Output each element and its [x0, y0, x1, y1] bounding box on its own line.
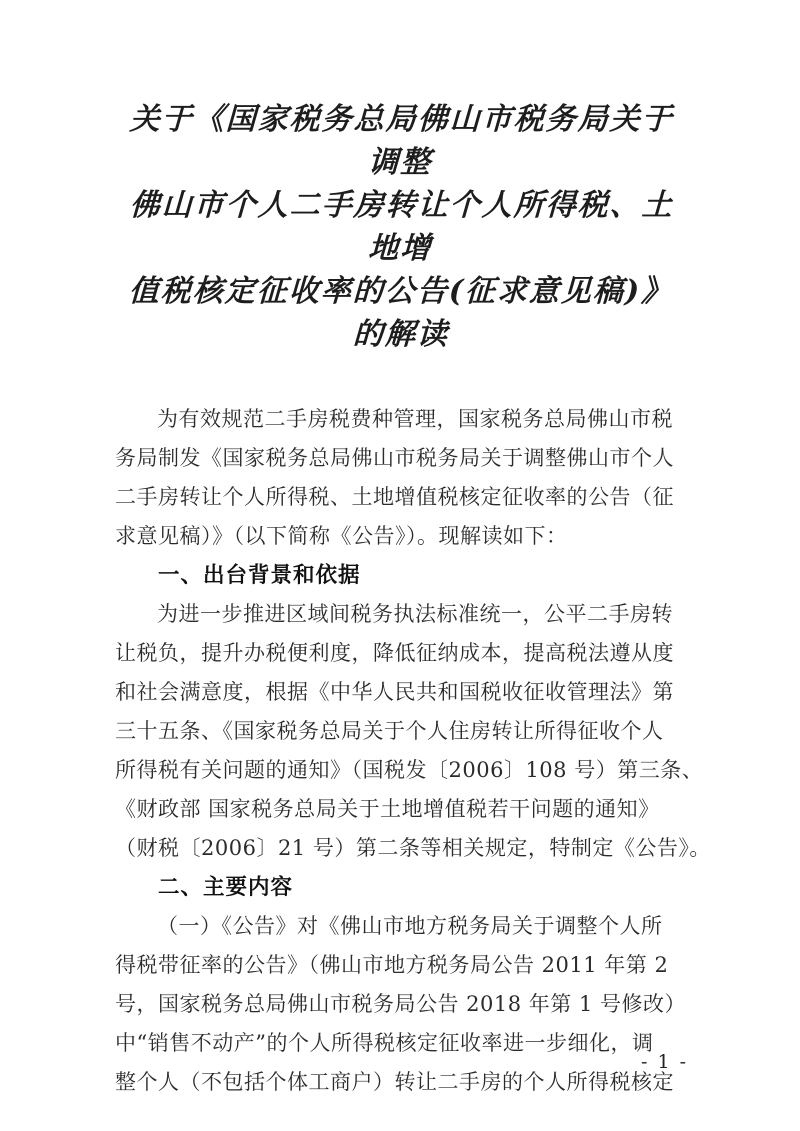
paragraph3-line: （一）《公告》对《佛山市地方税务局关于调整个人所 [115, 907, 687, 946]
document-title-line-2: 佛山市个人二手房转让个人所得税、土地增 [113, 184, 688, 270]
paragraph2-line: 《财政部 国家税务总局关于土地增值税若干问题的通知》 [115, 790, 687, 829]
section-heading-1: 一、出台背景和依据 [115, 556, 687, 595]
paragraph3-line: 得税带征率的公告》（佛山市地方税务局公告 2011 年第 2 [115, 946, 687, 985]
page-number: - 1 - [641, 1051, 688, 1073]
section-heading-2: 二、主要内容 [115, 868, 687, 907]
document-title-line-1: 关于《国家税务总局佛山市税务局关于调整 [113, 98, 688, 184]
document-body: 为有效规范二手房税费种管理，国家税务总局佛山市税 务局制发《国家税务总局佛山市税… [115, 400, 687, 1102]
document-page: 关于《国家税务总局佛山市税务局关于调整 佛山市个人二手房转让个人所得税、土地增 … [0, 0, 800, 1131]
paragraph3-line: 号，国家税务总局佛山市税务局公告 2018 年第 1 号修改） [115, 985, 687, 1024]
paragraph1-line: 二手房转让个人所得税、土地增值税核定征收率的公告（征 [115, 478, 687, 517]
paragraph2-line: 让税负，提升办税便利度，降低征纳成本，提高税法遵从度 [115, 634, 687, 673]
paragraph2-line: 所得税有关问题的通知》（国税发〔2006〕108 号）第三条、 [115, 751, 687, 790]
paragraph2-line: 为进一步推进区域间税务执法标准统一，公平二手房转 [115, 595, 687, 634]
document-title: 关于《国家税务总局佛山市税务局关于调整 佛山市个人二手房转让个人所得税、土地增 … [115, 98, 687, 356]
paragraph3-line: 整个人（不包括个体工商户）转让二手房的个人所得税核定 [115, 1063, 687, 1102]
paragraph2-line: 三十五条、《国家税务总局关于个人住房转让所得征收个人 [115, 712, 687, 751]
paragraph2-line: （财税〔2006〕21 号）第二条等相关规定，特制定《公告》。 [115, 829, 687, 868]
paragraph2-line: 和社会满意度，根据《中华人民共和国税收征收管理法》第 [115, 673, 687, 712]
paragraph1-line: 为有效规范二手房税费种管理，国家税务总局佛山市税 [115, 400, 687, 439]
document-title-line-4: 的解读 [114, 313, 688, 356]
document-title-line-3: 值税核定征收率的公告(征求意见稿)》 [114, 270, 688, 313]
paragraph3-line: 中“销售不动产”的个人所得税核定征收率进一步细化，调 [115, 1024, 687, 1063]
paragraph1-line: 务局制发《国家税务总局佛山市税务局关于调整佛山市个人 [115, 439, 687, 478]
paragraph1-line: 求意见稿）》（以下简称《公告》）。现解读如下： [115, 517, 687, 556]
